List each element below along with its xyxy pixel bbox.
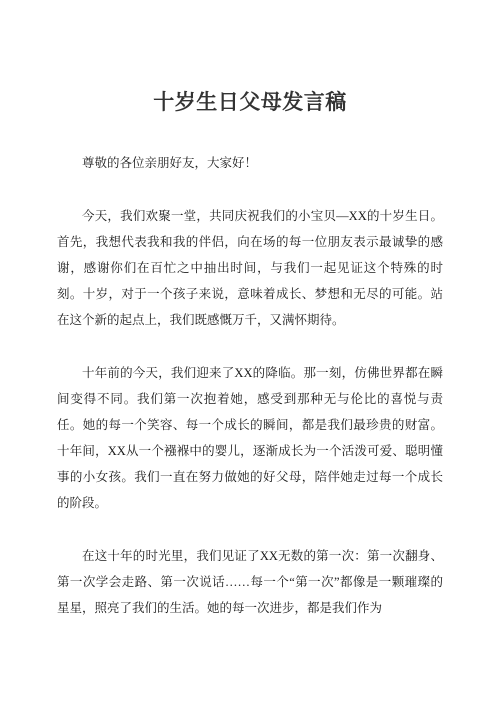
paragraph-opening-thanks: 今天，我们欢聚一堂，共同庆祝我们的小宝贝—XX的十岁生日。首先，我想代表我和我的… xyxy=(57,203,443,333)
paragraph-first-times: 在这十年的时光里，我们见证了XX无数的第一次：第一次翻身、第一次学会走路、第一次… xyxy=(57,543,443,621)
document-page: 十岁生日父母发言稿 尊敬的各位亲朋好友，大家好！ 今天，我们欢聚一堂，共同庆祝我… xyxy=(0,0,500,707)
document-title: 十岁生日父母发言稿 xyxy=(57,88,443,118)
paragraph-ten-years-memories: 十年前的今天，我们迎来了XX的降临。那一刻，仿佛世界都在瞬间变得不同。我们第一次… xyxy=(57,360,443,516)
greeting-paragraph: 尊敬的各位亲朋好友，大家好！ xyxy=(57,150,443,176)
